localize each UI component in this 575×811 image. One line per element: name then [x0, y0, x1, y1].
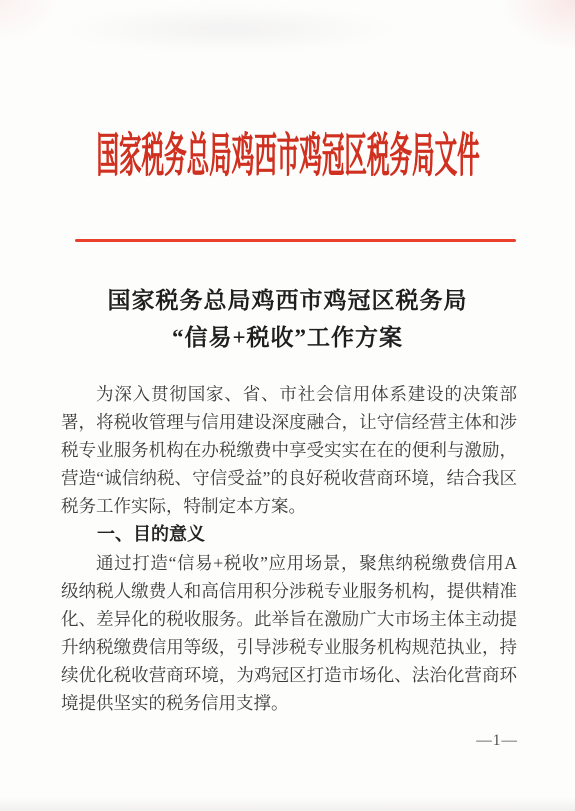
- scan-artifact-top-right: [505, 0, 575, 48]
- scan-artifact-ghost-text: [65, 6, 395, 52]
- page-number: —1—: [476, 731, 518, 751]
- paragraph-intro: 为深入贯彻国家、省、市社会信用体系建设的决策部署，将税收管理与信用建设深度融合，…: [61, 380, 517, 520]
- document-page: 国家税务总局鸡西市鸡冠区税务局文件 国家税务总局鸡西市鸡冠区税务局 “信易+税收…: [0, 0, 575, 811]
- scan-artifact-bottom-edge: [0, 797, 575, 811]
- agency-letterhead: 国家税务总局鸡西市鸡冠区税务局文件: [0, 131, 575, 181]
- document-title: 国家税务总局鸡西市鸡冠区税务局 “信易+税收”工作方案: [0, 282, 575, 356]
- paragraph-section-1: 通过打造“信易+税收”应用场景，聚焦纳税缴费信用A级纳税人缴费人和高信用积分涉税…: [61, 549, 517, 718]
- document-title-line2: “信易+税收”工作方案: [172, 325, 403, 350]
- document-body: 为深入贯彻国家、省、市社会信用体系建设的决策部署，将税收管理与信用建设深度融合，…: [61, 380, 517, 717]
- letterhead-divider-line: [75, 239, 516, 242]
- scan-artifact-top-left: [0, 0, 55, 40]
- section-heading-1: 一、目的意义: [61, 520, 517, 548]
- document-title-line1: 国家税务总局鸡西市鸡冠区税务局: [108, 288, 468, 313]
- agency-letterhead-title: 国家税务总局鸡西市鸡冠区税务局文件: [96, 133, 479, 180]
